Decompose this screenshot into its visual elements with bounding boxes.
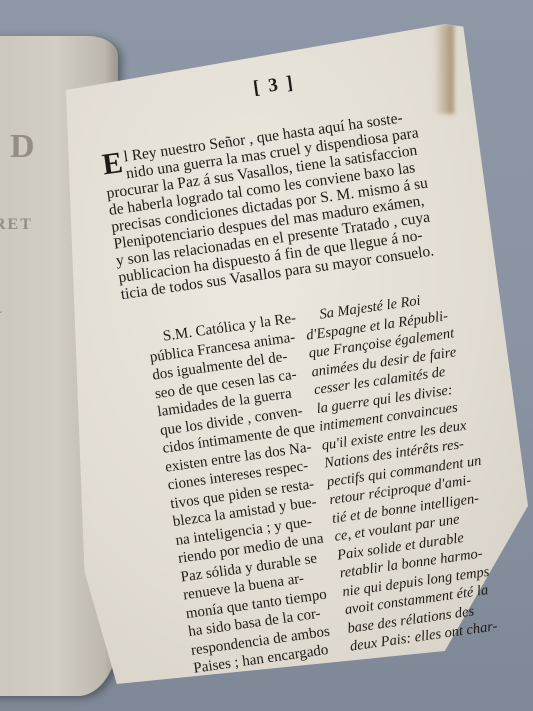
- page-number: [ 3 ]: [252, 72, 296, 100]
- left-page-glyph: RET: [0, 216, 33, 234]
- intro-paragraph: E l Rey nuestro Señor , que hasta aquí h…: [101, 110, 417, 303]
- left-page-glyph: L: [0, 302, 2, 317]
- left-page-glyph: D: [10, 128, 35, 166]
- drop-cap: E: [101, 149, 125, 180]
